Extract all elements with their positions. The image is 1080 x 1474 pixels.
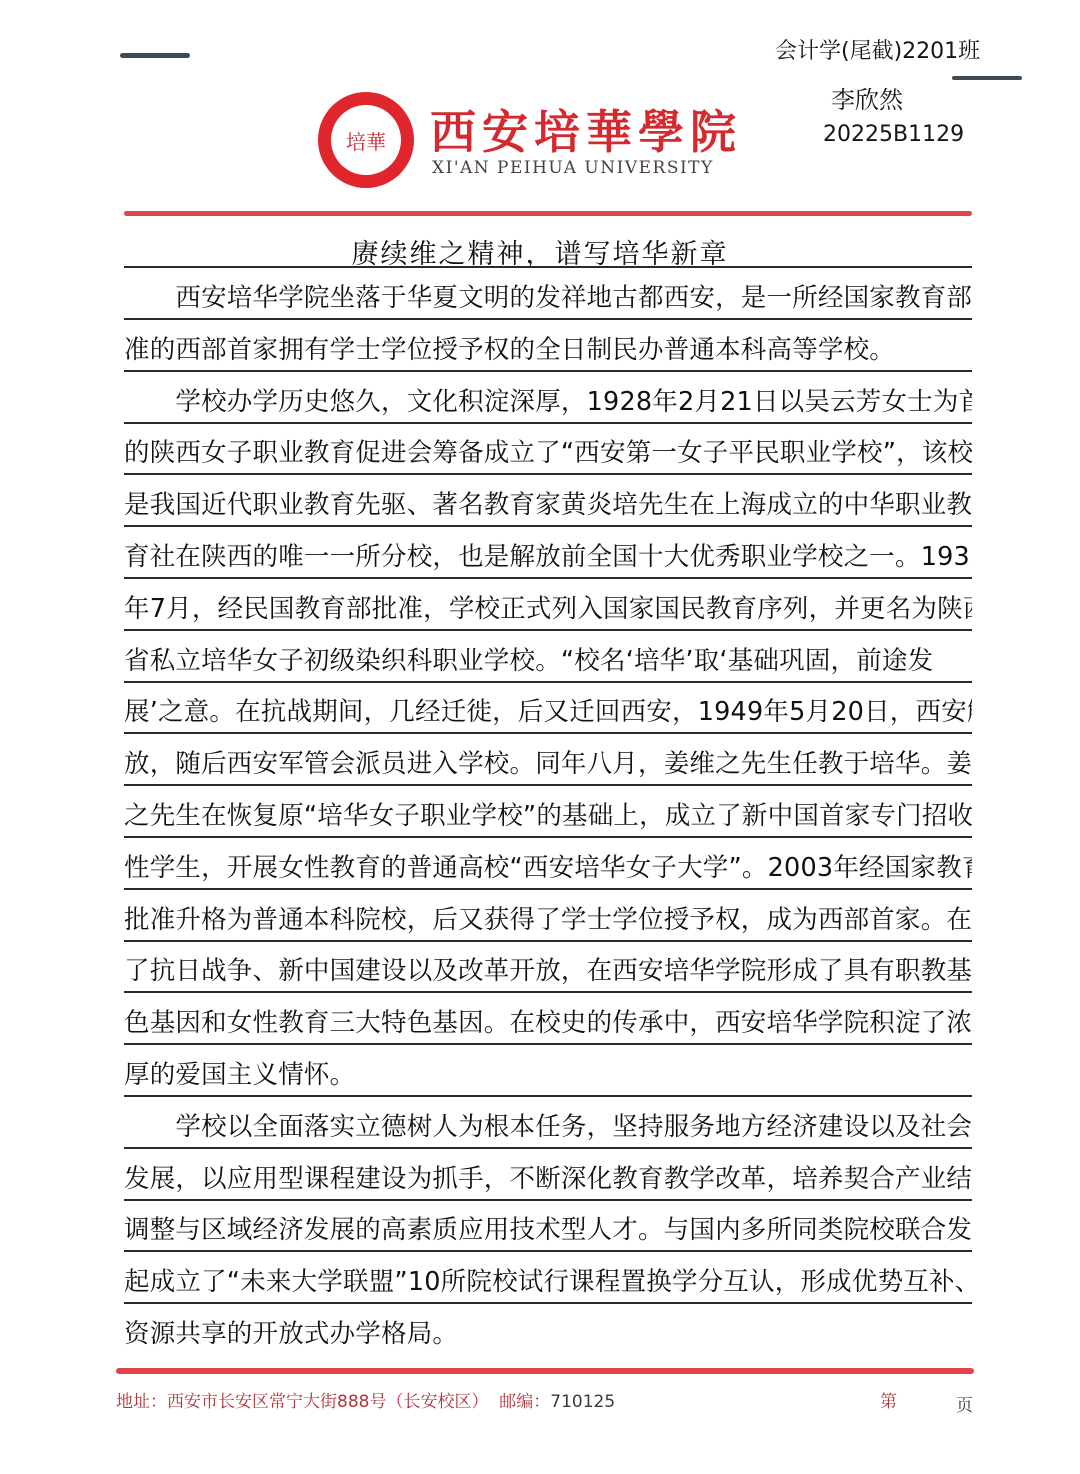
ruled-line	[124, 836, 972, 838]
ruled-line	[124, 1302, 972, 1304]
ruled-line	[124, 888, 972, 890]
essay-line: 准的西部首家拥有学士学位授予权的全日制民办普通本科高等学校。	[124, 330, 972, 370]
ruled-line	[124, 525, 972, 527]
ruled-line	[124, 1043, 972, 1045]
ruled-line	[124, 1250, 972, 1252]
emblem-text: 培華	[346, 126, 386, 155]
essay-line: 厚的爱国主义情怀。	[124, 1055, 972, 1095]
ruled-line	[124, 318, 972, 320]
pen-stroke-mark	[952, 76, 1022, 80]
ruled-line	[124, 784, 972, 786]
address-label: 地址：	[116, 1392, 167, 1412]
essay-line: 起成立了“未来大学联盟”10所院校试行课程置换学分互认，形成优势互补、	[124, 1262, 972, 1302]
zip-value: 710125	[550, 1392, 615, 1412]
ruled-line	[124, 370, 972, 372]
ruled-line	[124, 732, 972, 734]
essay-line: 省私立培华女子初级染织科职业学校。“校名‘培华’取‘基础巩固，前途发	[124, 641, 972, 681]
student-name: 李欣然	[831, 80, 903, 115]
essay-line: 了抗日战争、新中国建设以及改革开放，在西安培华学院形成了具有职教基因、红	[124, 951, 972, 991]
essay-line: 的陕西女子职业教育促进会筹备成立了“西安第一女子平民职业学校”，该校	[124, 433, 972, 473]
essay-line: 发展，以应用型课程建设为抓手，不断深化教育教学改革，培养契合产业结构	[124, 1159, 972, 1199]
essay-line: 调整与区域经济发展的高素质应用技术型人才。与国内多所同类院校联合发	[124, 1210, 972, 1250]
page-label-prefix: 第	[880, 1387, 897, 1412]
ruled-line	[124, 629, 972, 631]
ruled-line	[124, 266, 972, 268]
essay-line: 是我国近代职业教育先驱、著名教育家黄炎培先生在上海成立的中华职业教	[124, 485, 972, 525]
ruled-line	[124, 473, 972, 475]
student-id: 20225B1129	[823, 122, 964, 147]
essay-line: 学校以全面落实立德树人为根本任务，坚持服务地方经济建设以及社会	[124, 1107, 972, 1147]
essay-line: 展’之意。在抗战期间，几经迁徙，后又迁回西安，1949年5月20日，西安解	[124, 692, 972, 732]
header-divider	[124, 211, 972, 216]
essay-line: 色基因和女性教育三大特色基因。在校史的传承中，西安培华学院积淀了浓	[124, 1003, 972, 1043]
ruled-line	[124, 681, 972, 683]
essay-line: 之先生在恢复原“培华女子职业学校”的基础上，成立了新中国首家专门招收女	[124, 796, 972, 836]
school-name-english: XI'AN PEIHUA UNIVERSITY	[432, 158, 714, 178]
letterhead: 培華 西安培華學院 XI'AN PEIHUA UNIVERSITY	[318, 92, 788, 192]
zip-label: 邮编：	[499, 1392, 550, 1412]
essay-line: 资源共享的开放式办学格局。	[124, 1314, 972, 1354]
footer-divider	[116, 1368, 974, 1374]
page-label-suffix: 页	[956, 1391, 973, 1416]
ruled-line	[124, 1095, 972, 1097]
essay-line: 放，随后西安军管会派员进入学校。同年八月，姜维之先生任教于培华。姜维	[124, 744, 972, 784]
ruled-line	[124, 940, 972, 942]
essay-line: 批准升格为普通本科院校，后又获得了学士学位授予权，成为西部首家。在经历	[124, 900, 972, 940]
essay-line: 学校办学历史悠久，文化积淀深厚，1928年2月21日以吴云芳女士为首	[124, 382, 972, 422]
footer-address: 地址：西安市长安区常宁大街888号（长安校区） 邮编：710125	[116, 1387, 615, 1412]
university-emblem-icon: 培華	[318, 92, 414, 188]
ruled-line	[124, 991, 972, 993]
essay-line: 西安培华学院坐落于华夏文明的发祥地古都西安，是一所经国家教育部批	[124, 278, 972, 318]
essay-line: 性学生，开展女性教育的普通高校“西安培华女子大学”。2003年经国家教育部	[124, 848, 972, 888]
emblem-center: 培華	[331, 105, 401, 175]
student-class: 会计学(尾截)2201班	[775, 34, 980, 65]
ruled-line	[124, 577, 972, 579]
school-name-chinese: 西安培華學院	[430, 96, 742, 162]
essay-line: 育社在陕西的唯一一所分校，也是解放前全国十大优秀职业学校之一。1935	[124, 537, 972, 577]
address-value: 西安市长安区常宁大街888号（长安校区）	[167, 1392, 488, 1412]
ruled-line	[124, 1199, 972, 1201]
ruled-line	[124, 1147, 972, 1149]
essay-line: 年7月，经民国教育部批准，学校正式列入国家国民教育序列，并更名为陕西	[124, 589, 972, 629]
footer: 地址：西安市长安区常宁大街888号（长安校区） 邮编：710125 第 页	[116, 1387, 976, 1417]
ruled-line	[124, 422, 972, 424]
pen-stroke-mark	[120, 53, 190, 58]
